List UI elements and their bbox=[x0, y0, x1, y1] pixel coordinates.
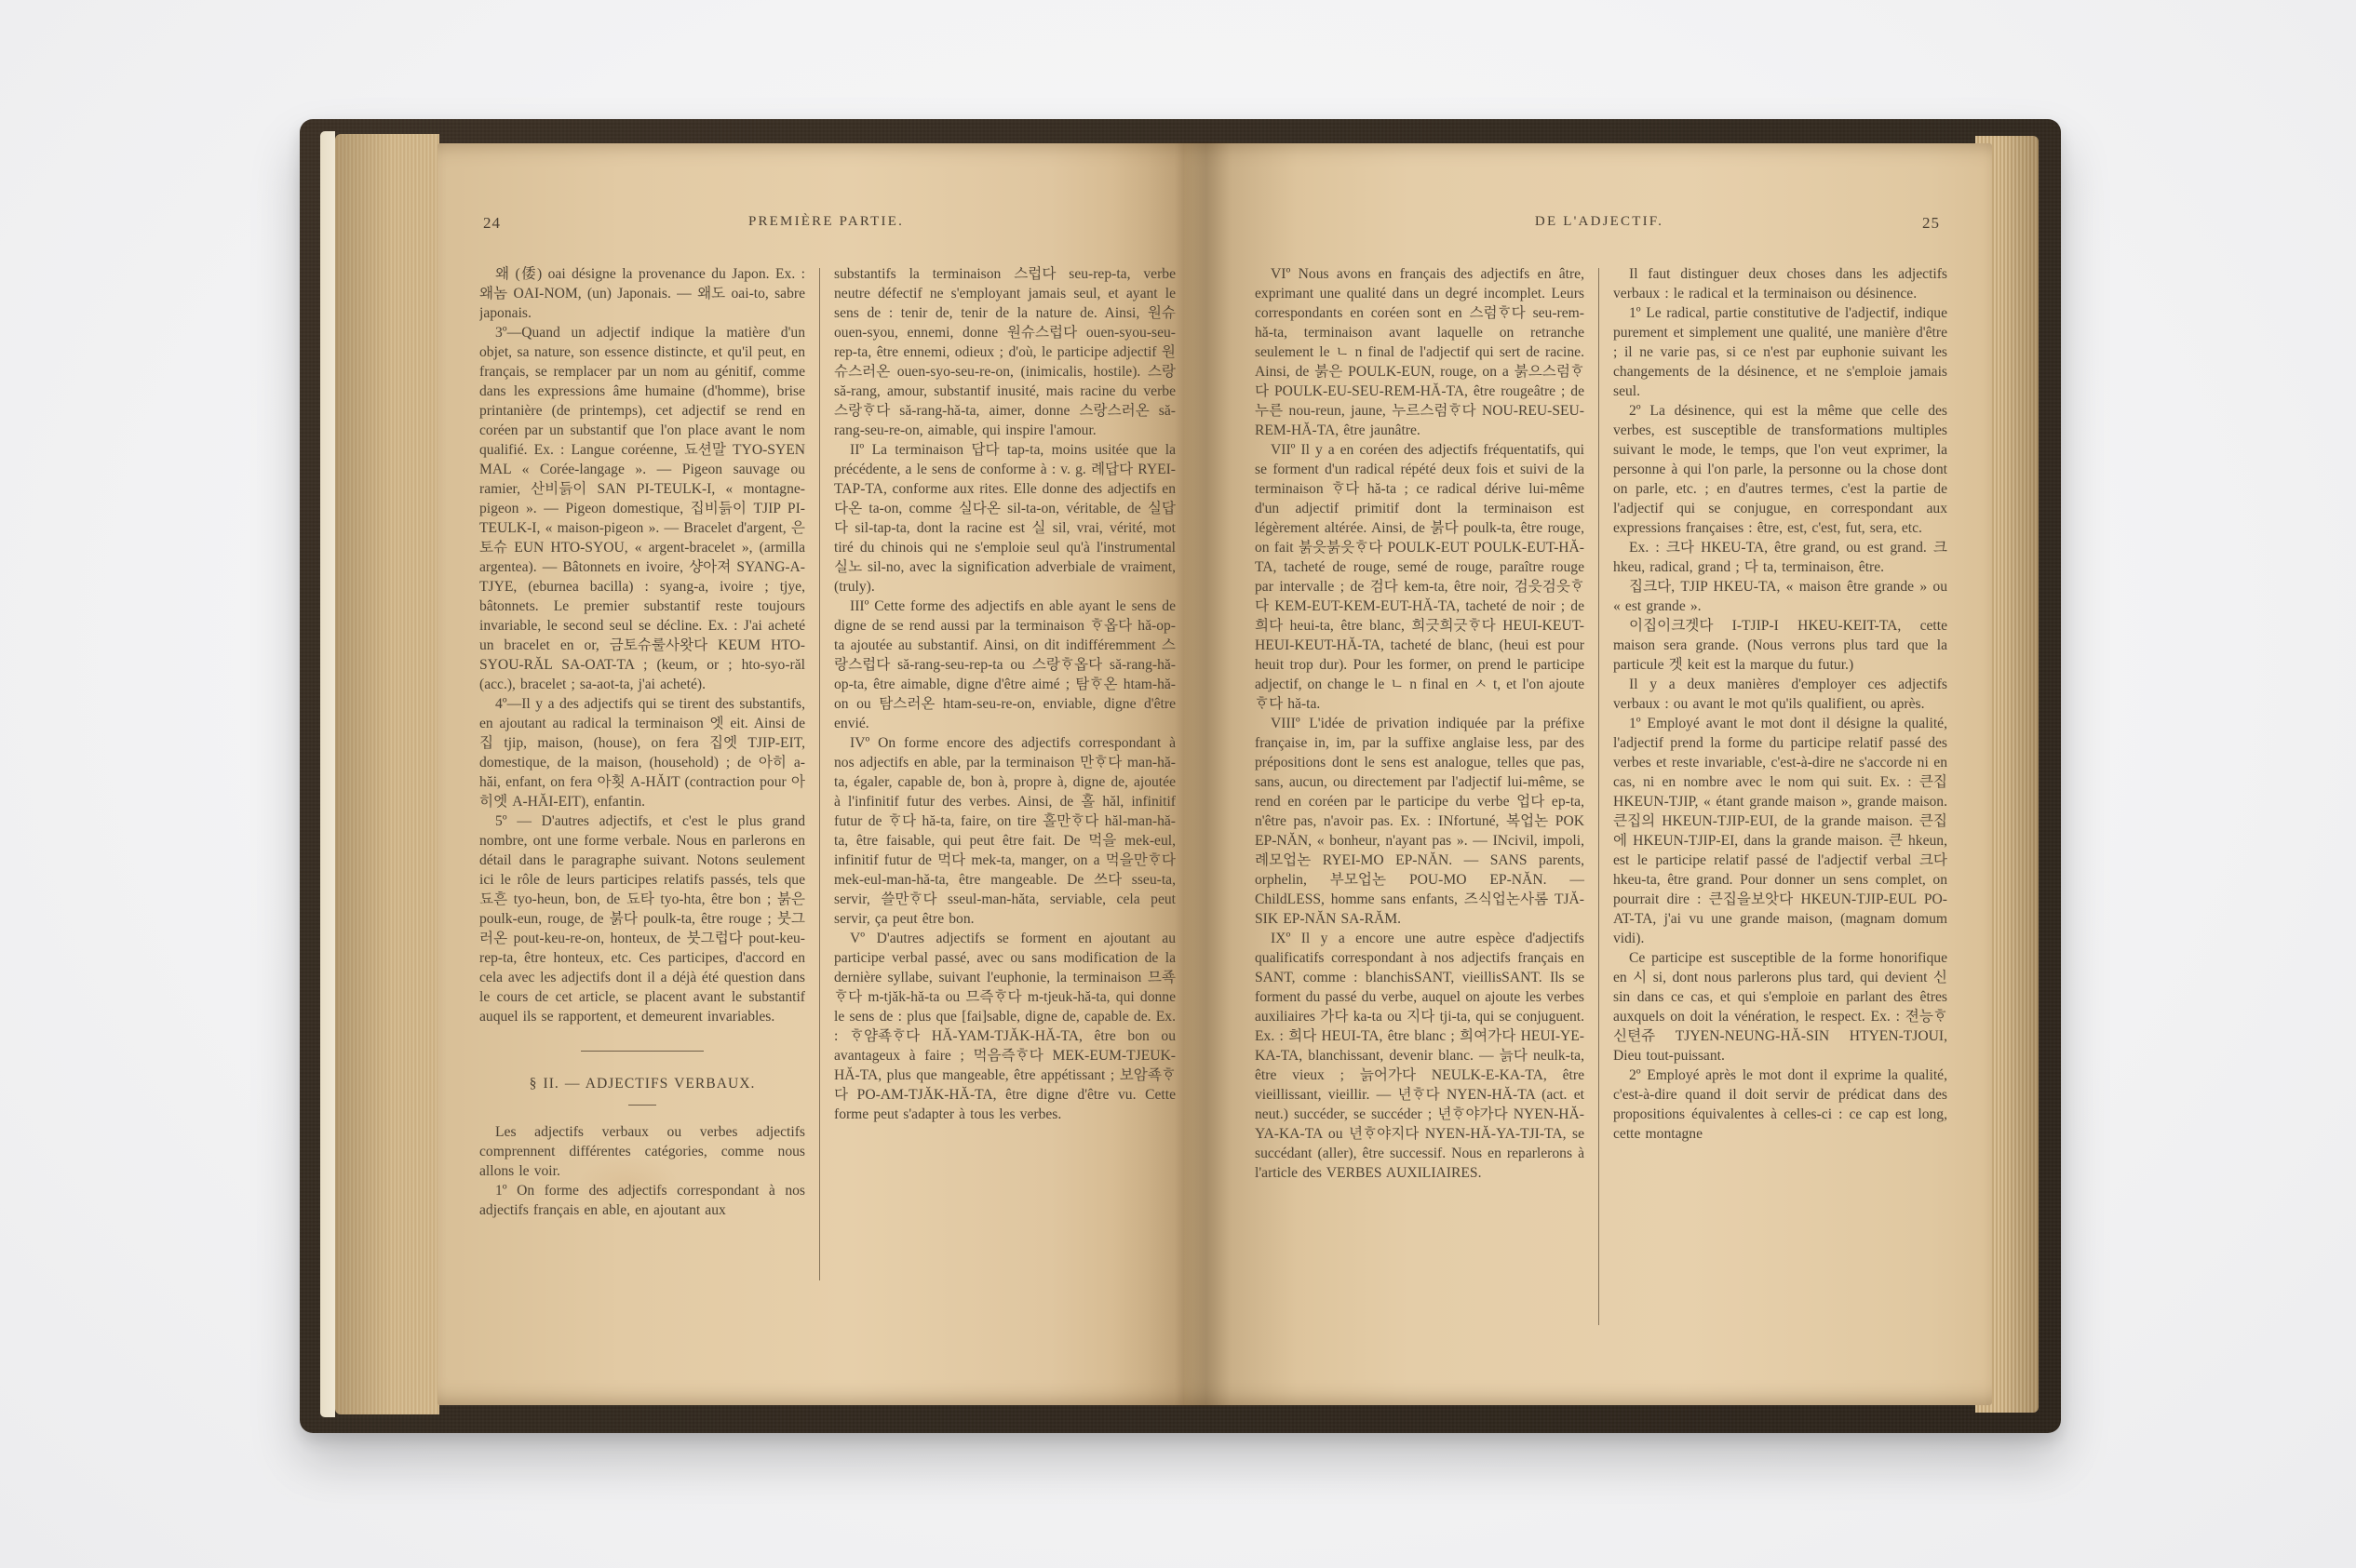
page-stack-left-edge bbox=[335, 134, 439, 1414]
left-page-column-2: substantifs la terminaison 스럽다 seu-rep-t… bbox=[834, 264, 1176, 1353]
paragraph: Ce participe est susceptible de la forme… bbox=[1613, 948, 1947, 1065]
paragraph: IIIº Cette forme des adjectifs en able a… bbox=[834, 596, 1176, 733]
paragraph: 1º On forme des adjectifs correspondant … bbox=[479, 1181, 805, 1220]
running-header-right: DE L'ADJECTIF. bbox=[1255, 214, 1944, 230]
paragraph: VIIº Il y a en coréen des adjectifs fréq… bbox=[1255, 440, 1584, 714]
left-page-text-block: 왜 (倭) oai désigne la provenance du Japon… bbox=[479, 264, 1176, 1353]
paragraph: IXº Il y a encore une autre espèce d'adj… bbox=[1255, 929, 1584, 1183]
page-number-25: 25 bbox=[1922, 214, 1940, 233]
paragraph: 집크다, TJIP HKEU-TA, « maison être grande … bbox=[1613, 577, 1947, 616]
paragraph: 3º—Quand un adjectif indique la matière … bbox=[479, 323, 805, 694]
left-page-column-1: 왜 (倭) oai désigne la provenance du Japon… bbox=[479, 264, 805, 1353]
paragraph: VIº Nous avons en français des adjectifs… bbox=[1255, 264, 1584, 440]
section-heading: § II. — ADJECTIFS VERBAUX. bbox=[479, 1074, 805, 1093]
running-header-left: PREMIÈRE PARTIE. bbox=[479, 214, 1173, 230]
paragraph: Il y a deux manières d'employer ces adje… bbox=[1613, 675, 1947, 714]
paragraph: Ex. : 크다 HKEU-TA, être grand, ou est gra… bbox=[1613, 538, 1947, 577]
right-page-column-2: Il faut distinguer deux choses dans les … bbox=[1613, 264, 1947, 1362]
paragraph: 5º — D'autres adjectifs, et c'est le plu… bbox=[479, 811, 805, 1026]
paragraph: IVº On forme encore des adjectifs corres… bbox=[834, 733, 1176, 929]
paragraph: 이집이크겟다 I-TJIP-I HKEU-KEIT-TA, cette mais… bbox=[1613, 616, 1947, 675]
paragraph: 2º Employé après le mot dont il exprime … bbox=[1613, 1065, 1947, 1144]
paragraph: 1º Le radical, partie constitutive de l'… bbox=[1613, 303, 1947, 401]
paragraph: VIIIº L'idée de privation indiquée par l… bbox=[1255, 714, 1584, 929]
photo-background: 24 PREMIÈRE PARTIE. DE L'ADJECTIF. 25 왜 … bbox=[0, 0, 2356, 1568]
paragraph: 1º Employé avant le mot dont il désigne … bbox=[1613, 714, 1947, 948]
left-page-header: 24 PREMIÈRE PARTIE. bbox=[479, 214, 1173, 238]
paragraph: 4º—Il y a des adjectifs qui se tirent de… bbox=[479, 694, 805, 811]
page-number-24: 24 bbox=[483, 214, 501, 233]
endpaper-left-edge bbox=[320, 131, 335, 1417]
right-page-column-1: VIº Nous avons en français des adjectifs… bbox=[1255, 264, 1584, 1362]
separator-rule bbox=[581, 1051, 704, 1052]
paragraph: IIº La terminaison 답다 tap-ta, moins usit… bbox=[834, 440, 1176, 596]
paragraph: substantifs la terminaison 스럽다 seu-rep-t… bbox=[834, 264, 1176, 440]
right-page-text-block: VIº Nous avons en français des adjectifs… bbox=[1255, 264, 1947, 1362]
paragraph: 왜 (倭) oai désigne la provenance du Japon… bbox=[479, 264, 805, 323]
column-divider-left-page bbox=[819, 268, 820, 1280]
separator-dash bbox=[628, 1105, 656, 1106]
paragraph: Vº D'autres adjectifs se forment en ajou… bbox=[834, 929, 1176, 1124]
paragraph: Les adjectifs verbaux ou verbes adjectif… bbox=[479, 1122, 805, 1181]
paragraph: 2º La désinence, qui est la même que cel… bbox=[1613, 401, 1947, 538]
paragraph: Il faut distinguer deux choses dans les … bbox=[1613, 264, 1947, 303]
column-divider-right-page bbox=[1598, 268, 1599, 1325]
right-page-header: DE L'ADJECTIF. 25 bbox=[1255, 214, 1944, 238]
